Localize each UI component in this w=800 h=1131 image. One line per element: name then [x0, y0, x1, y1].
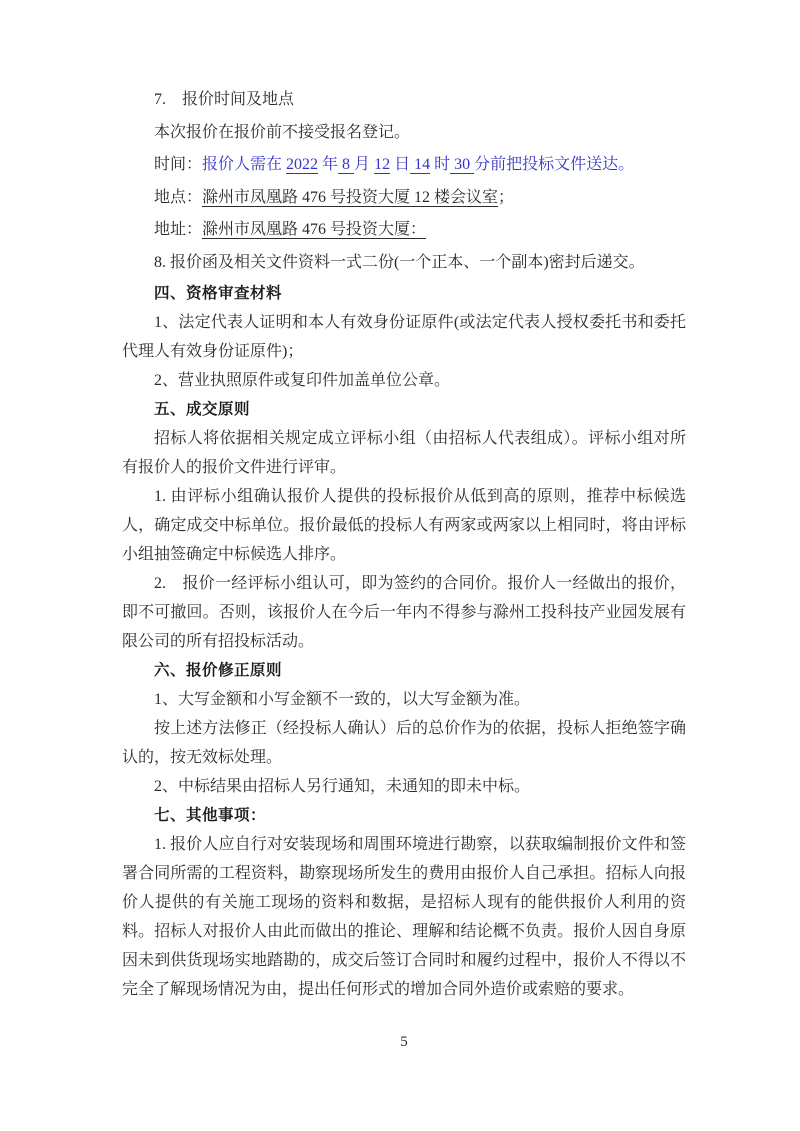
para-correction-method: 按上述方法修正（经投标人确认）后的总价作为的依据，投标人拒绝签字确认的，按无效标… — [122, 714, 686, 772]
location-label: 地点： — [154, 189, 202, 206]
section-7-quote-time-place: 7. 报价时间及地点 本次报价在报价前不接受报名登记。 时间：报价人需在 202… — [122, 84, 686, 279]
location-suffix: ； — [498, 189, 514, 206]
document-body: 7. 报价时间及地点 本次报价在报价前不接受报名登记。 时间：报价人需在 202… — [122, 84, 686, 1004]
location-value: 滁州市凤凰路 476 号投资大厦 12 楼会议室 — [202, 189, 498, 206]
time-part: 时 — [430, 156, 450, 173]
time-part: 日 — [390, 156, 410, 173]
time-value: 报价人需在 2022 年 8 月 12 日 14 时 30 分前把投标文件送达。 — [202, 156, 634, 173]
para-legal-representative: 1、法定代表人证明和本人有效身份证原件(或法定代表人授权委托书和委托代理人有效身… — [122, 308, 686, 366]
section-4-title: 四、资格审查材料 — [122, 279, 686, 308]
section-6-correction-principles: 六、报价修正原则 1、大写金额和小写金额不一致的，以大写金额为准。 按上述方法修… — [122, 656, 686, 801]
time-blank-day: 12 — [374, 156, 390, 173]
para-lowest-price-rule: 1. 由评标小组确认报价人提供的投标报价从低到高的原则，推荐中标候选人，确定成交… — [122, 482, 686, 569]
section-7b-other-matters: 七、其他事项： 1. 报价人应自行对安装现场和周围环境进行勘察，以获取编制报价文… — [122, 801, 686, 1004]
para-site-survey: 1. 报价人应自行对安装现场和周围环境进行勘察，以获取编制报价文件和签署合同所需… — [122, 830, 686, 1004]
time-blank-minute: 30 — [450, 156, 474, 173]
page-number: 5 — [122, 1034, 686, 1051]
time-part: 年 — [318, 156, 338, 173]
para-location: 地点：滁州市凤凰路 476 号投资大厦 12 楼会议室； — [122, 182, 686, 215]
time-part: 报价人需在 — [202, 156, 286, 173]
document-page: 7. 报价时间及地点 本次报价在报价前不接受报名登记。 时间：报价人需在 202… — [0, 0, 800, 1131]
section-5-title: 五、成交原则 — [122, 395, 686, 424]
section-6-title: 六、报价修正原则 — [122, 656, 686, 685]
para-sealed-submission: 8. 报价函及相关文件资料一式二份(一个正本、一个副本)密封后递交。 — [122, 247, 686, 280]
section-4-qualification-materials: 四、资格审查材料 1、法定代表人证明和本人有效身份证原件(或法定代表人授权委托书… — [122, 279, 686, 395]
para-amount-discrepancy: 1、大写金额和小写金额不一致的，以大写金额为准。 — [122, 685, 686, 714]
para-business-license: 2、营业执照原件或复印件加盖单位公章。 — [122, 366, 686, 395]
address-label: 地址： — [154, 221, 202, 238]
para-address: 地址：滁州市凤凰路 476 号投资大厦： — [122, 214, 686, 247]
section-5-award-principles: 五、成交原则 招标人将依据相关规定成立评标小组（由招标人代表组成）。评标小组对所… — [122, 395, 686, 656]
time-part: 月 — [354, 156, 374, 173]
para-evaluation-team: 招标人将依据相关规定成立评标小组（由招标人代表组成）。评标小组对所有报价人的报价… — [122, 424, 686, 482]
time-part: 分前把投标文件送达。 — [474, 156, 634, 173]
address-value: 滁州市凤凰路 476 号投资大厦： — [202, 221, 442, 238]
time-label: 时间： — [154, 156, 202, 173]
section-7-title: 7. 报价时间及地点 — [122, 84, 686, 117]
section-7b-title: 七、其他事项： — [122, 801, 686, 830]
time-blank-hour: 14 — [410, 156, 430, 173]
para-time: 时间：报价人需在 2022 年 8 月 12 日 14 时 30 分前把投标文件… — [122, 149, 686, 182]
time-blank-month: 8 — [338, 156, 354, 173]
time-blank-year: 2022 — [286, 156, 318, 173]
para-result-notification: 2、中标结果由招标人另行通知，未通知的即未中标。 — [122, 772, 686, 801]
para-quote-irrevocable: 2. 报价一经评标小组认可，即为签约的合同价。报价人一经做出的报价，即不可撤回。… — [122, 569, 686, 656]
para-no-registration: 本次报价在报价前不接受报名登记。 — [122, 117, 686, 150]
